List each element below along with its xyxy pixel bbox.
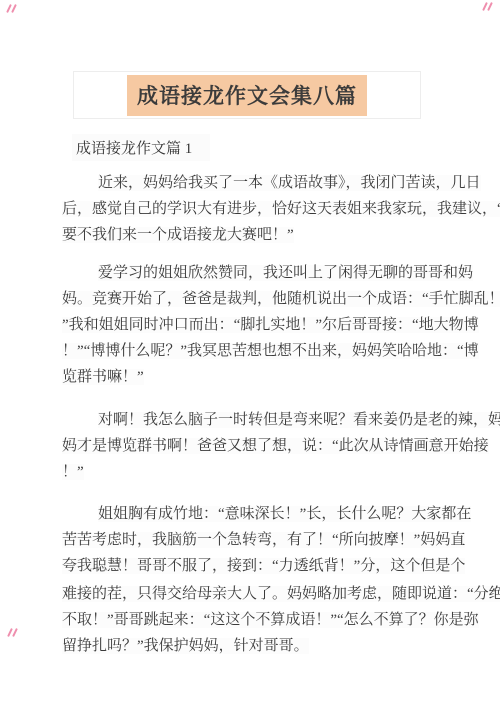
- page-title: 成语接龙作文会集八篇: [127, 75, 367, 116]
- text-line: 爱学习的姐姐欣然赞同，我还叫上了闲得无聊的哥哥和妈: [62, 260, 454, 286]
- text-line: 不取！”哥哥跳起来：“这这个不算成语！”“怎么不算了？你是弥: [62, 607, 454, 633]
- text-line: ！”“博博什么呢？”我冥思苦想也想不出来，妈妈笑哈哈地：“博: [62, 338, 454, 364]
- corner-mark-icon: [6, 4, 18, 15]
- paragraph: 难接的茬，只得交给母亲大人了。妈妈略加考虑，随即说道：“分绝 不取！”哥哥跳起来…: [62, 581, 454, 659]
- paragraph: 对啊！我怎么脑子一时转但是弯来呢？看来姜仍是老的辣，妈 妈才是博览群书啊！爸爸又…: [62, 407, 454, 485]
- text-line: 近来，妈妈给我买了一本《成语故事》，我闭门苦读，几日: [62, 170, 454, 196]
- text-line: 姐姐胸有成竹地：“意味深长！”长，长什么呢？大家都在: [62, 501, 454, 527]
- text-line: 妈才是博览群书啊！爸爸又想了想，说：“此次从诗情画意开始接: [62, 433, 454, 459]
- section-subtitle: 成语接龙作文篇 1: [72, 134, 210, 161]
- text-line: 留挣扎吗？”我保护妈妈，针对哥哥。: [62, 633, 454, 659]
- text-line: 要不我们来一个成语接龙大赛吧！”: [62, 222, 454, 248]
- text-line: ！”: [62, 459, 454, 485]
- title-box: 成语接龙作文会集八篇: [73, 71, 421, 119]
- text-line: 览群书嘛！”: [62, 364, 454, 390]
- text-line: 后，感觉自己的学识大有进步，恰好这天表姐来我家玩，我建议，“: [62, 196, 454, 222]
- paragraph: 近来，妈妈给我买了一本《成语故事》，我闭门苦读，几日 后，感觉自己的学识大有进步…: [62, 170, 454, 248]
- essay-body: 近来，妈妈给我买了一本《成语故事》，我闭门苦读，几日 后，感觉自己的学识大有进步…: [62, 170, 454, 659]
- text-line: 妈。竞赛开始了，爸爸是裁判，他随机说出一个成语：“手忙脚乱！: [62, 286, 454, 312]
- text-line: 对啊！我怎么脑子一时转但是弯来呢？看来姜仍是老的辣，妈: [62, 407, 454, 433]
- text-line: 夸我聪慧！哥哥不服了，接到：“力透纸背！”分，这个但是个: [62, 553, 454, 579]
- text-line: ”我和姐姐同时冲口而出：“脚扎实地！”尔后哥哥接：“地大物博: [62, 312, 454, 338]
- text-line: 苦苦考虑时，我脑筋一个急转弯，有了！“所向披摩！”妈妈直: [62, 527, 454, 553]
- paragraph: 爱学习的姐姐欣然赞同，我还叫上了闲得无聊的哥哥和妈 妈。竞赛开始了，爸爸是裁判，…: [62, 260, 454, 390]
- paragraph: 姐姐胸有成竹地：“意味深长！”长，长什么呢？大家都在 苦苦考虑时，我脑筋一个急转…: [62, 501, 454, 579]
- corner-mark-icon: [482, 2, 494, 13]
- document-page: 成语接龙作文会集八篇 成语接龙作文篇 1 近来，妈妈给我买了一本《成语故事》，我…: [0, 0, 500, 708]
- text-line: 难接的茬，只得交给母亲大人了。妈妈略加考虑，随即说道：“分绝: [62, 581, 454, 607]
- corner-mark-icon: [7, 628, 19, 639]
